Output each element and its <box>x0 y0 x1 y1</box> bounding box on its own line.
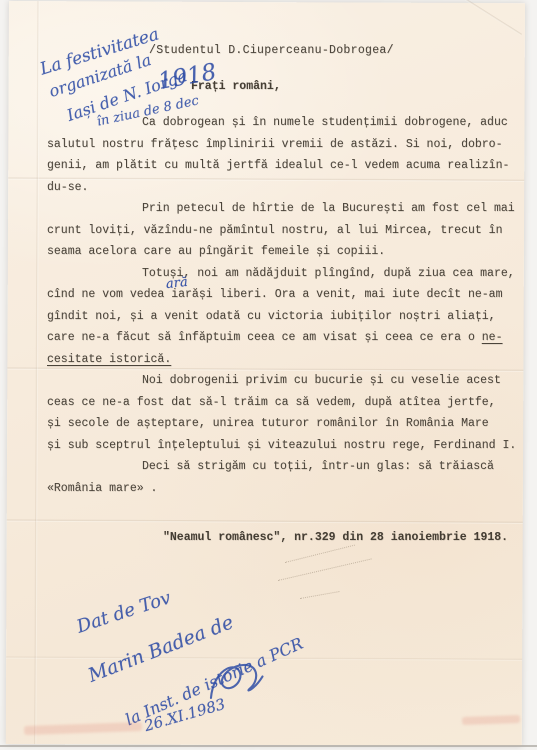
document-scan: /Studentul D.Ciuperceanu-Dobrogea/ Frați… <box>0 0 537 750</box>
paragraph: Deci să strigăm cu toții, într-un glas: … <box>47 456 537 499</box>
paragraph: Noi dobrogenii privim cu bucurie și cu v… <box>47 370 537 456</box>
scanner-edge <box>0 745 537 747</box>
crease <box>7 519 523 524</box>
crease <box>34 1 40 744</box>
typed-attribution: /Studentul D.Ciuperceanu-Dobrogea/ <box>149 44 394 57</box>
letter-body: Ca dobrogean și în numele studențimii do… <box>47 112 537 499</box>
source-citation: "Neamul românesc", nr.329 din 28 ianoiem… <box>163 531 508 544</box>
paragraph: Totuși, noi am nădăjduit plîngînd, după … <box>47 263 537 371</box>
crease <box>462 0 522 36</box>
paragraph: Prin petecul de hîrtie de la București a… <box>47 198 537 263</box>
inline-ink-correction: ară <box>165 275 188 292</box>
